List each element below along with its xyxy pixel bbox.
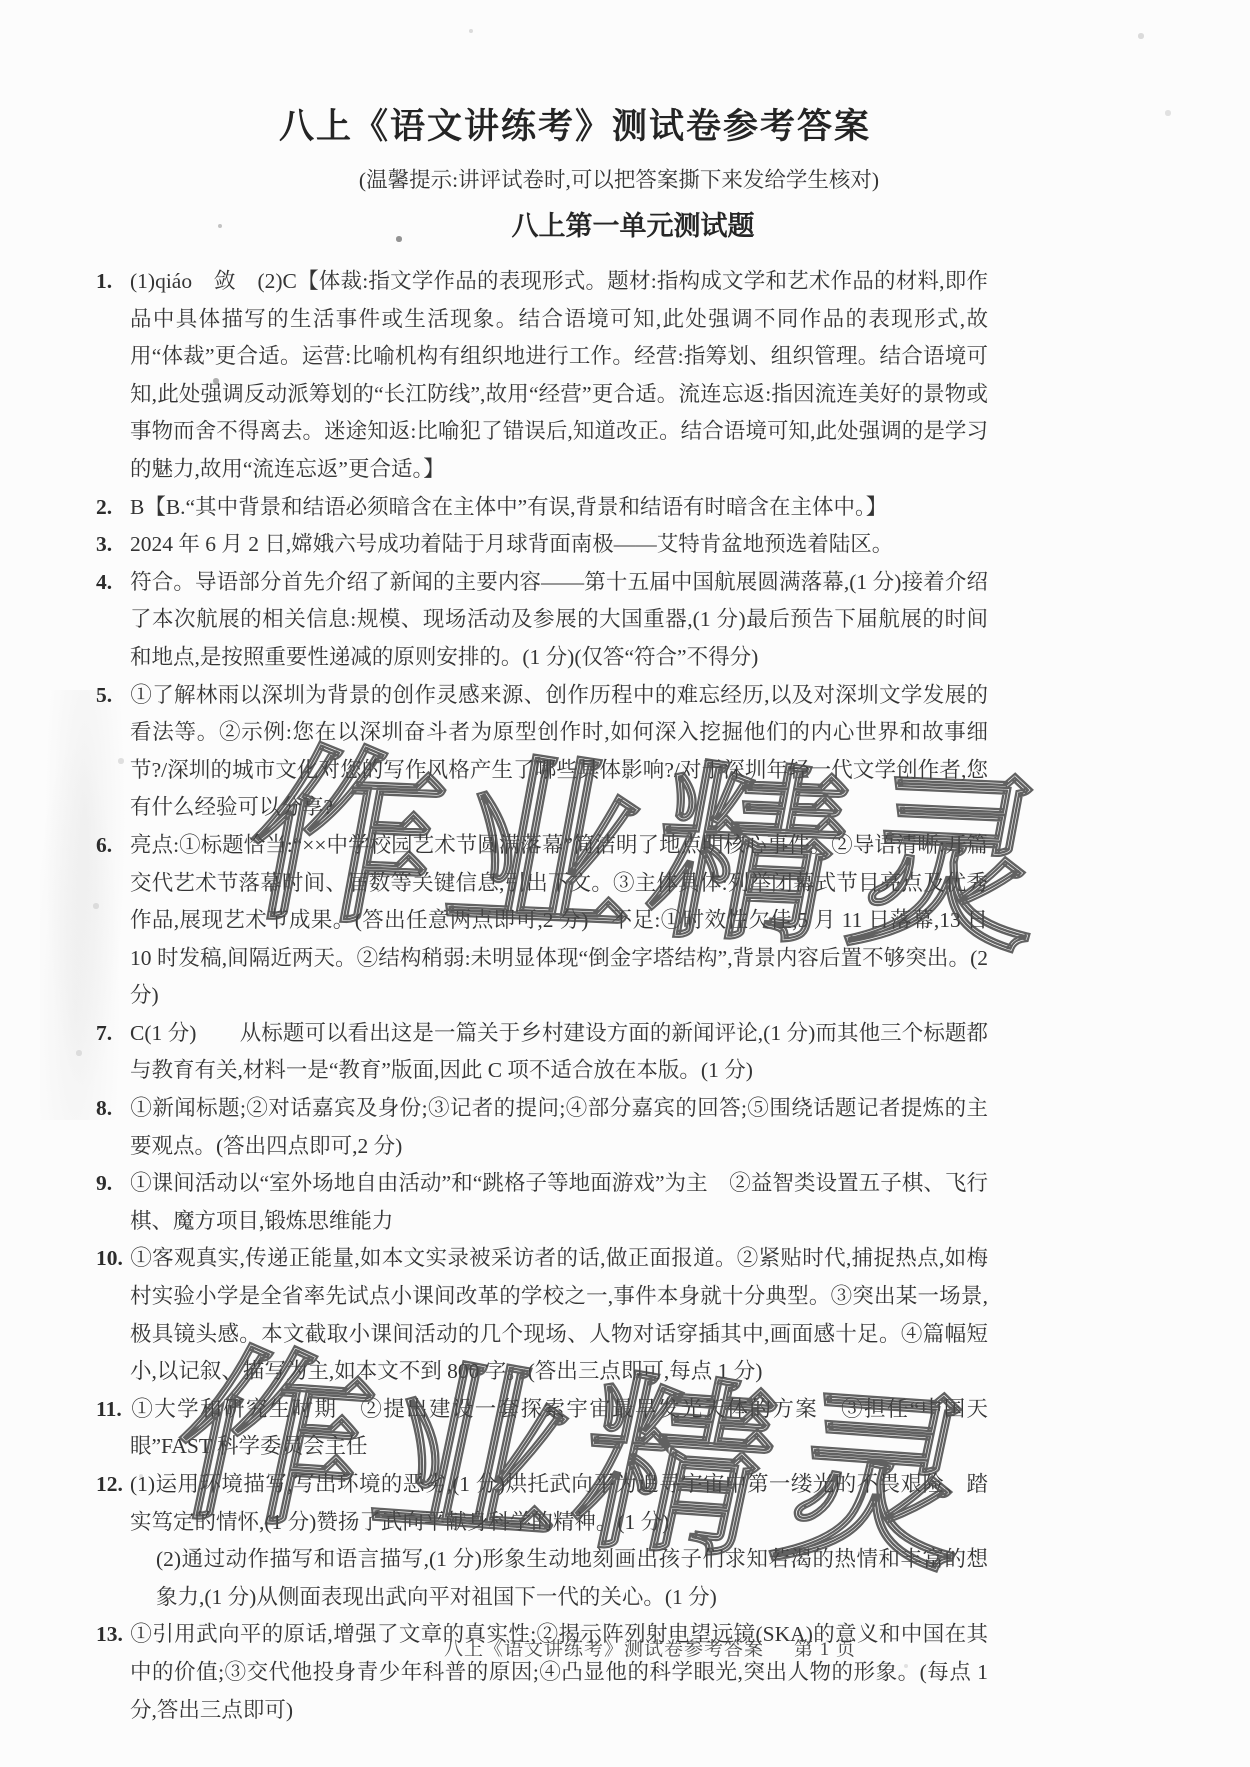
answer-item-5: 5.①了解林雨以深圳为背景的创作灵感来源、创作历程中的难忘经历,以及对深圳文学发… <box>96 677 988 827</box>
answer-text: ①新闻标题;②对话嘉宾及身份;③记者的提问;④部分嘉宾的回答;⑤围绕话题记者提炼… <box>130 1096 988 1158</box>
answer-item-12: 12.(1)运用环境描写,写出环境的恶劣,(1 分)烘托武向平为追寻宇宙中第一缕… <box>96 1466 988 1616</box>
answer-number: 4. <box>96 564 130 602</box>
answer-text: ①了解林雨以深圳为背景的创作灵感来源、创作历程中的难忘经历,以及对深圳文学发展的… <box>130 683 988 820</box>
answer-number: 3. <box>96 526 130 564</box>
answer-item-9: 9.①课间活动以“室外场地自由活动”和“跳格子等地面游戏”为主 ②益智类设置五子… <box>96 1165 988 1240</box>
answer-number: 11. <box>96 1391 130 1429</box>
answer-item-6: 6.亮点:①标题恰当:“××中学校园艺术节圆满落幕”简洁明了地点明核心事件。②导… <box>96 827 988 1015</box>
answer-number: 2. <box>96 489 130 527</box>
answer-text: (1)运用环境描写,写出环境的恶劣,(1 分)烘托武向平为追寻宇宙中第一缕光的不… <box>130 1472 988 1534</box>
answer-text: 亮点:①标题恰当:“××中学校园艺术节圆满落幕”简洁明了地点明核心事件。②导语清… <box>130 833 988 1007</box>
answer-item-11: 11.①大学和研究生时期 ②提出建设一套探索宇宙最早发光天体的方案 ③担任“中国… <box>96 1391 988 1466</box>
answer-text: B【B.“其中背景和结语必须暗含在主体中”有误,背景和结语有时暗含在主体中。】 <box>130 495 887 519</box>
answer-text: (1)qiáo 敛 (2)C【体裁:指文学作品的表现形式。题材:指构成文学和艺术… <box>130 269 988 481</box>
answer-subpart-2: (2)通过动作描写和语言描写,(1 分)形象生动地刻画出孩子们求知若渴的热情和丰… <box>156 1541 988 1616</box>
answer-item-10: 10.①客观真实,传递正能量,如本文实录被采访者的话,做正面报道。②紧贴时代,捕… <box>96 1240 988 1390</box>
answer-number: 5. <box>96 677 130 715</box>
footer-page-number: 第 1 页 <box>794 1639 856 1660</box>
answer-text: ①大学和研究生时期 ②提出建设一套探索宇宙最早发光天体的方案 ③担任“中国天眼”… <box>130 1397 988 1459</box>
answer-item-3: 3.2024 年 6 月 2 日,嫦娥六号成功着陆于月球背面南极——艾特肯盆地预… <box>96 526 988 564</box>
answer-item-8: 8.①新闻标题;②对话嘉宾及身份;③记者的提问;④部分嘉宾的回答;⑤围绕话题记者… <box>96 1090 988 1165</box>
answer-number: 1. <box>96 263 130 301</box>
answer-number: 12. <box>96 1466 130 1504</box>
answers-list: 1.(1)qiáo 敛 (2)C【体裁:指文学作品的表现形式。题材:指构成文学和… <box>96 263 988 1729</box>
teacher-tip: (温馨提示:讲评试卷时,可以把答案撕下来发给学生核对) <box>44 164 1194 196</box>
answer-text: (2)通过动作描写和语言描写,(1 分)形象生动地刻画出孩子们求知若渴的热情和丰… <box>156 1547 988 1609</box>
answer-text: ①客观真实,传递正能量,如本文实录被采访者的话,做正面报道。②紧贴时代,捕捉热点… <box>130 1246 988 1383</box>
answer-number: 6. <box>96 827 130 865</box>
answer-number: 9. <box>96 1165 130 1203</box>
answer-sheet-page: 八上《语文讲练考》测试卷参考答案 (温馨提示:讲评试卷时,可以把答案撕下来发给学… <box>0 0 1250 1767</box>
scan-specks <box>0 0 2 2</box>
answer-text: 符合。导语部分首先介绍了新闻的主要内容——第十五届中国航展圆满落幕,(1 分)接… <box>130 570 988 669</box>
page-content: 八上《语文讲练考》测试卷参考答案 (温馨提示:讲评试卷时,可以把答案撕下来发给学… <box>0 104 1150 1729</box>
answer-item-2: 2.B【B.“其中背景和结语必须暗含在主体中”有误,背景和结语有时暗含在主体中。… <box>96 489 988 527</box>
answer-number: 8. <box>96 1090 130 1128</box>
section-title: 八上第一单元测试题 <box>58 206 1208 246</box>
footer-title: 八上《语文讲练考》测试卷参考答案 <box>444 1639 764 1660</box>
answer-text: ①课间活动以“室外场地自由活动”和“跳格子等地面游戏”为主 ②益智类设置五子棋、… <box>130 1171 988 1233</box>
answer-item-7: 7.C(1 分) 从标题可以看出这是一篇关于乡村建设方面的新闻评论,(1 分)而… <box>96 1015 988 1090</box>
page-title: 八上《语文讲练考》测试卷参考答案 <box>0 104 1150 150</box>
answer-item-1: 1.(1)qiáo 敛 (2)C【体裁:指文学作品的表现形式。题材:指构成文学和… <box>96 263 988 489</box>
answer-number: 7. <box>96 1015 130 1053</box>
page-footer: 八上《语文讲练考》测试卷参考答案第 1 页 <box>25 1634 1250 1661</box>
answer-text: 2024 年 6 月 2 日,嫦娥六号成功着陆于月球背面南极——艾特肯盆地预选着… <box>130 532 893 556</box>
answer-item-4: 4.符合。导语部分首先介绍了新闻的主要内容——第十五届中国航展圆满落幕,(1 分… <box>96 564 988 677</box>
answer-number: 10. <box>96 1240 130 1278</box>
answer-text: C(1 分) 从标题可以看出这是一篇关于乡村建设方面的新闻评论,(1 分)而其他… <box>130 1021 988 1083</box>
